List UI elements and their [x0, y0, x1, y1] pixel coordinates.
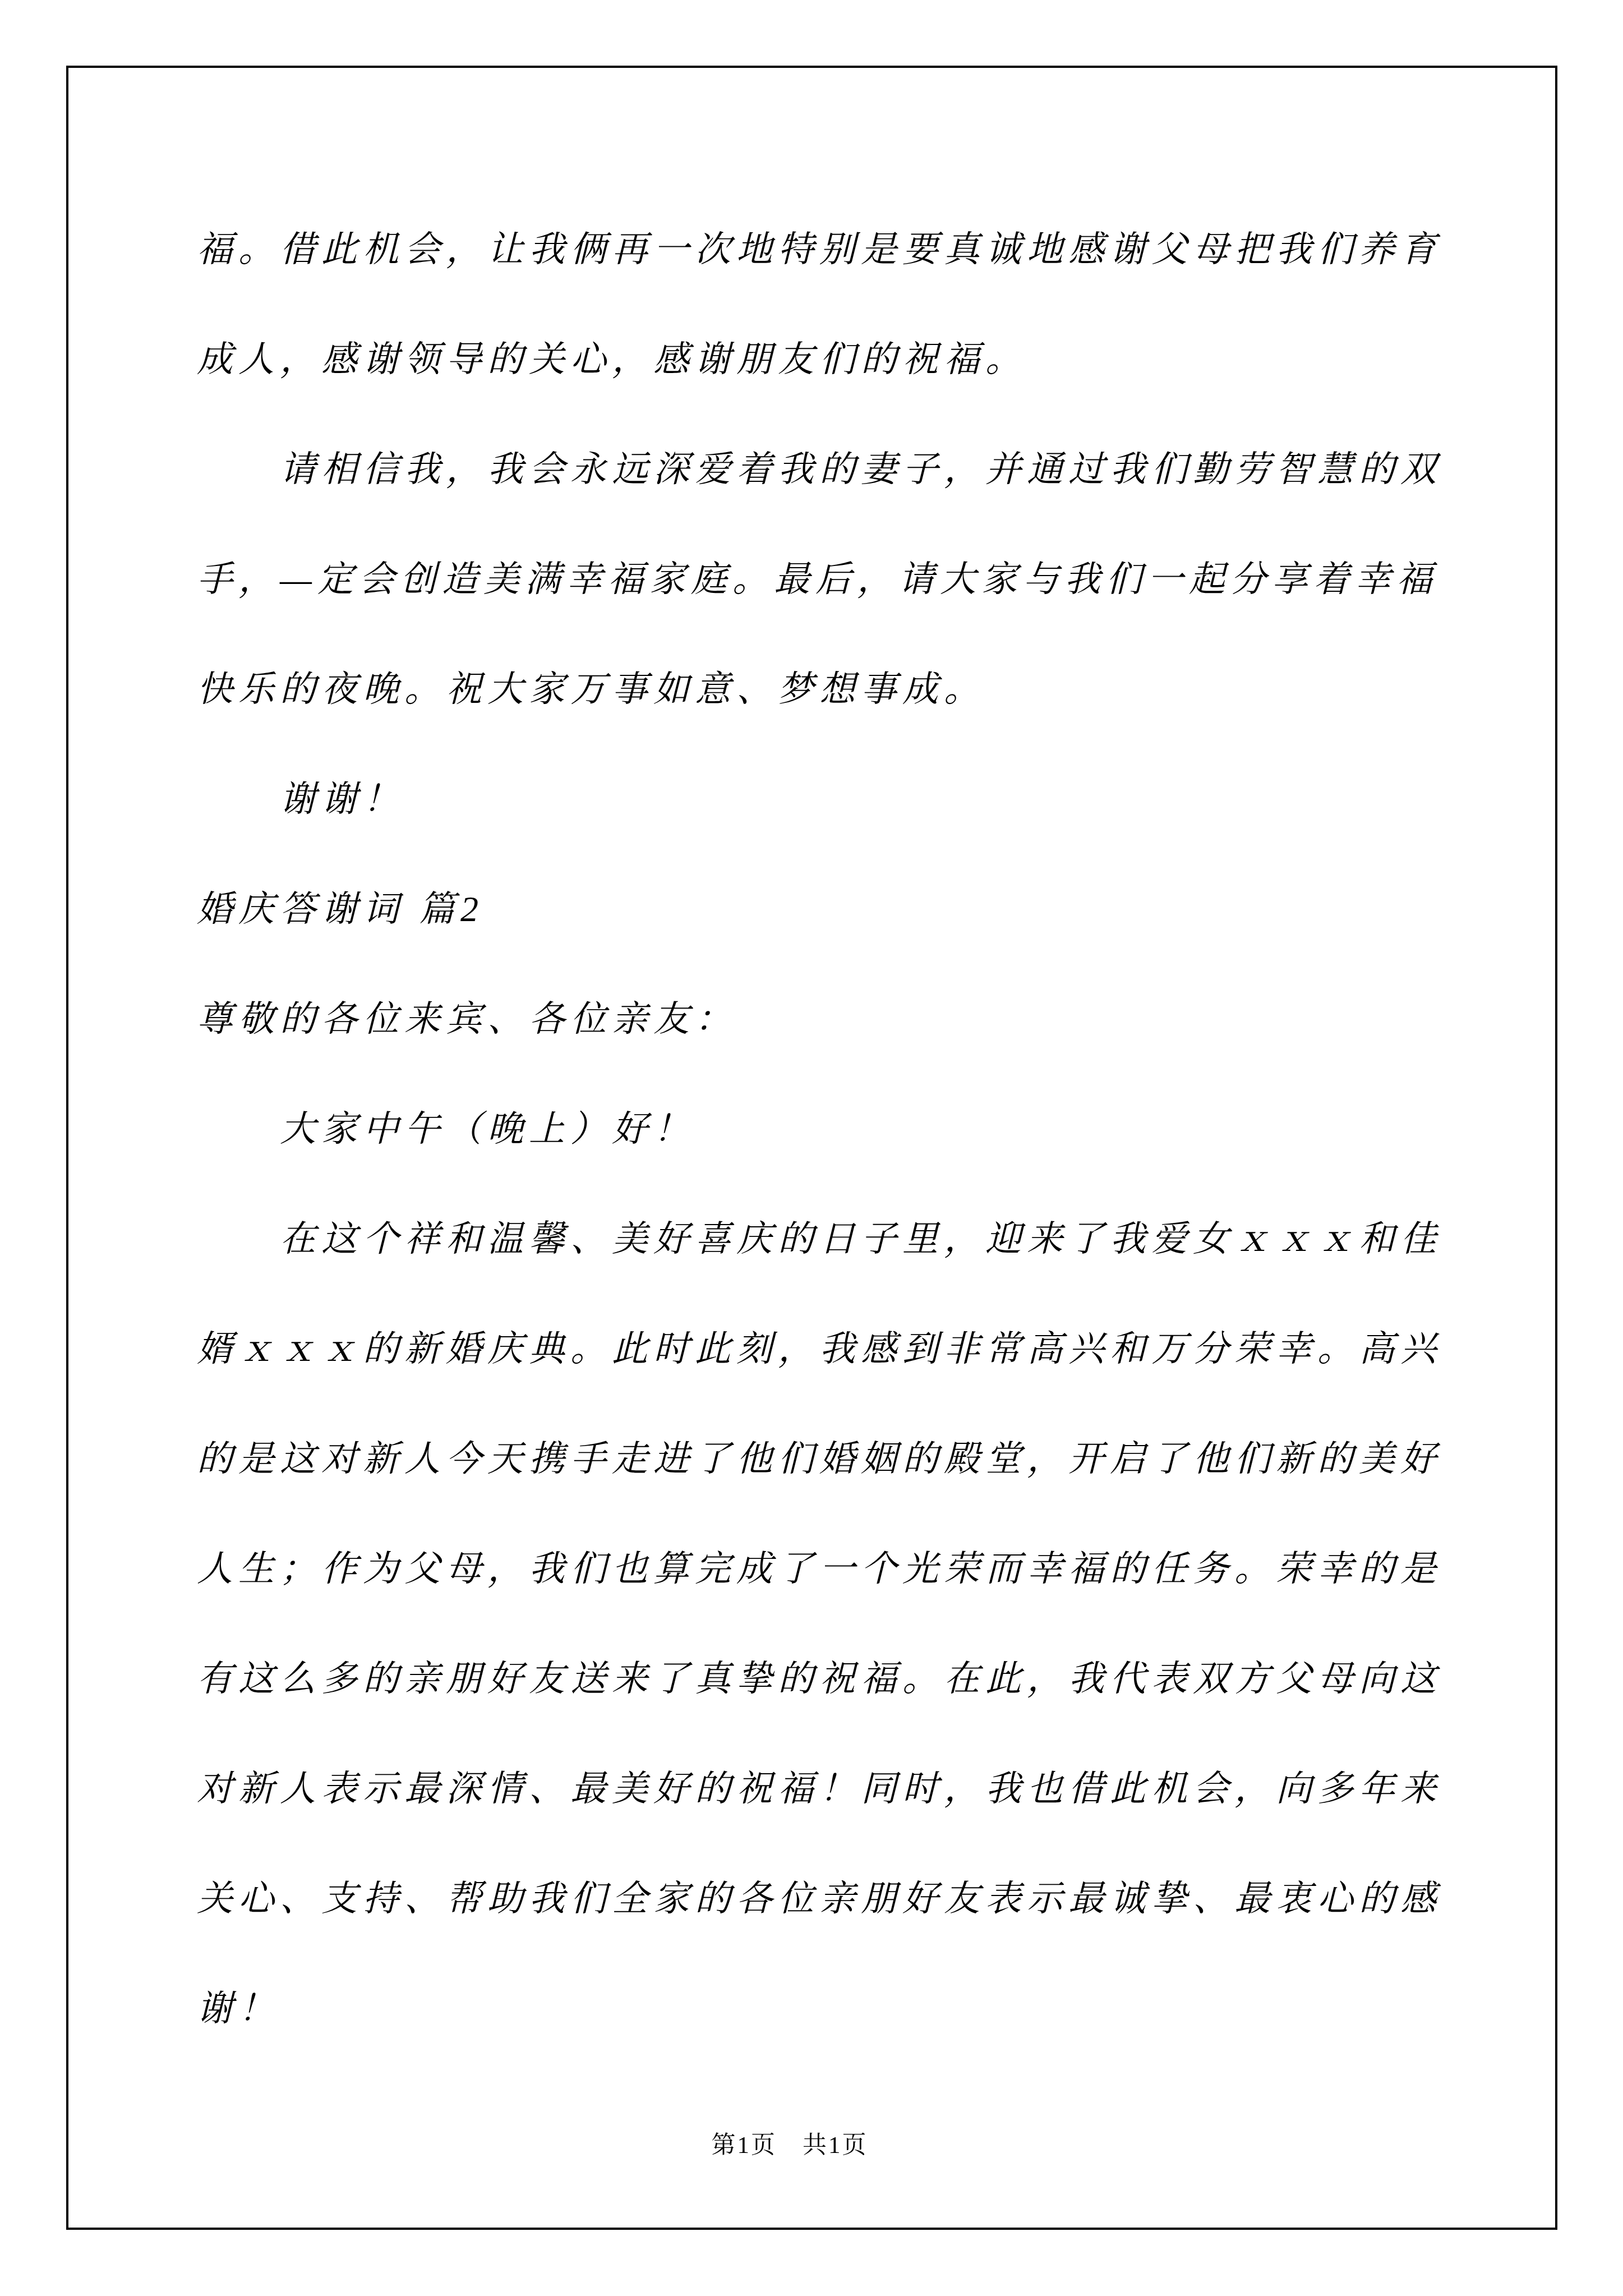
text-line: 人生；作为父母，我们也算完成了一个光荣而幸福的任务。荣幸的是	[197, 1514, 1504, 1624]
text-line: 的是这对新人今天携手走进了他们婚姻的殿堂，开启了他们新的美好	[197, 1404, 1504, 1514]
text-line: 成人，感谢领导的关心，感谢朋友们的祝福。	[197, 305, 1504, 415]
text-line: 快乐的夜晚。祝大家万事如意、梦想事成。	[197, 634, 1504, 744]
text-line: 关心、支持、帮助我们全家的各位亲朋好友表示最诚挚、最衷心的感	[197, 1844, 1504, 1954]
text-line: 谢！	[197, 1954, 1504, 2064]
text-line: 福。借此机会，让我俩再一次地特别是要真诚地感谢父母把我们养育	[197, 195, 1504, 305]
text-line: 大家中午（晚上）好！	[197, 1074, 1504, 1184]
page-footer: 第1页 共1页	[0, 2126, 1579, 2160]
text-line: 尊敬的各位来宾、各位亲友：	[197, 964, 1504, 1074]
text-line: 婿ｘｘｘ的新婚庆典。此时此刻，我感到非常高兴和万分荣幸。高兴	[197, 1294, 1504, 1404]
text-line: 谢谢！	[197, 744, 1504, 854]
text-line: 婚庆答谢词 篇2	[197, 854, 1504, 964]
text-line: 手，—定会创造美满幸福家庭。最后，请大家与我们一起分享着幸福	[197, 524, 1504, 634]
text-line: 请相信我，我会永远深爱着我的妻子，并通过我们勤劳智慧的双	[197, 415, 1504, 524]
document-body: 福。借此机会，让我俩再一次地特别是要真诚地感谢父母把我们养育成人，感谢领导的关心…	[197, 195, 1504, 2064]
text-line: 在这个祥和温馨、美好喜庆的日子里，迎来了我爱女ｘｘｘ和佳	[197, 1184, 1504, 1294]
document-page: { "document": { "lines": [ { "text": "福。…	[0, 0, 1623, 2296]
text-line: 对新人表示最深情、最美好的祝福！同时，我也借此机会，向多年来	[197, 1734, 1504, 1844]
text-line: 有这么多的亲朋好友送来了真挚的祝福。在此，我代表双方父母向这	[197, 1624, 1504, 1734]
